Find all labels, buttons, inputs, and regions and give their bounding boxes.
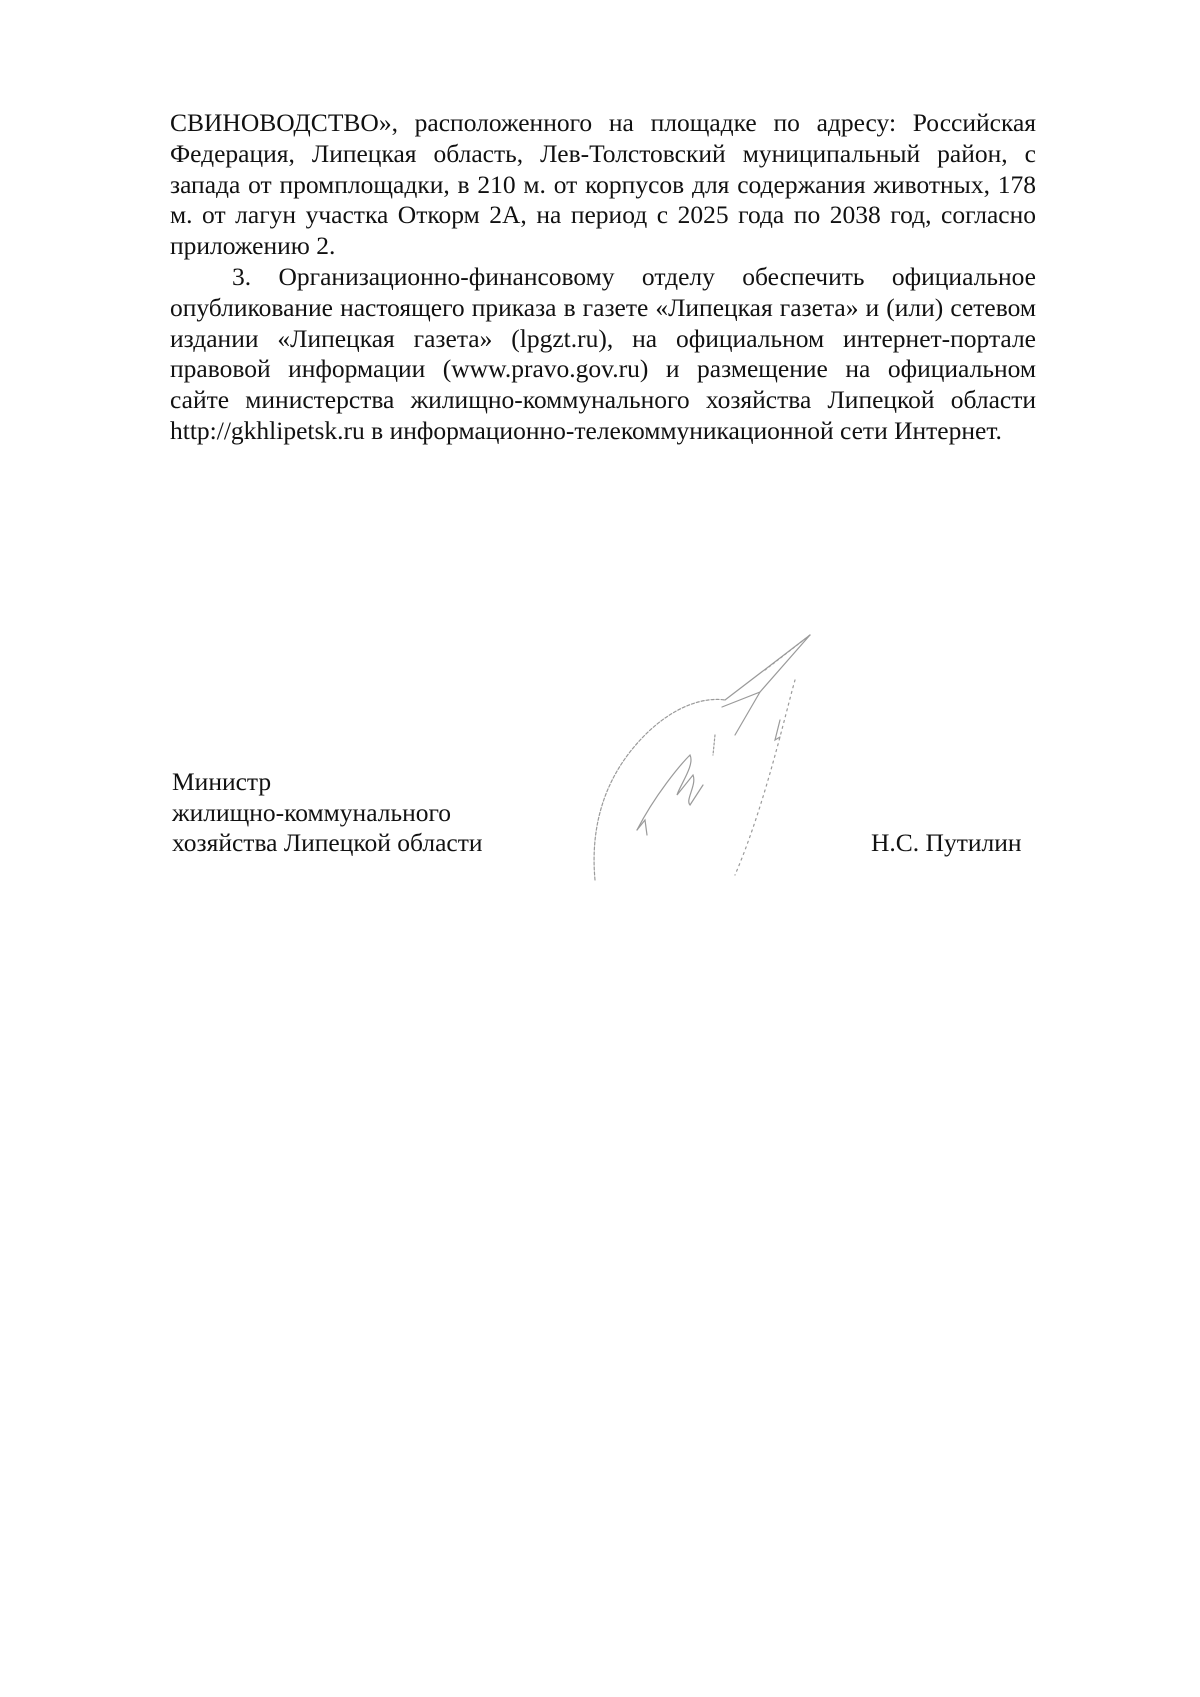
- text-line: запада от промплощадки, в 210 м. от корп…: [170, 170, 1036, 201]
- text-line: опубликование настоящего приказа в газет…: [170, 293, 1036, 324]
- text-line: сайте министерства жилищно-коммунального…: [170, 385, 1036, 416]
- text-line: издании «Липецкая газета» (lpgzt.ru), на…: [170, 324, 1036, 355]
- position-line: Министр: [172, 767, 483, 798]
- paragraph-continuation: СВИНОВОДСТВО», расположенного на площадк…: [170, 108, 1036, 262]
- text-line: Федерация, Липецкая область, Лев-Толстов…: [170, 139, 1036, 170]
- paragraph-3: 3. Организационно-финансовому отделу обе…: [170, 262, 1036, 447]
- text-line: СВИНОВОДСТВО», расположенного на площадк…: [170, 108, 1036, 139]
- text-line: правовой информации (www.pravo.gov.ru) и…: [170, 354, 1036, 385]
- signatory-name: Н.С. Путилин: [871, 828, 1022, 858]
- text-line: м. от лагун участка Откорм 2А, на период…: [170, 200, 1036, 231]
- text-line: http://gkhlipetsk.ru в информационно-тел…: [170, 416, 1036, 447]
- text-line: 3. Организационно-финансовому отделу обе…: [170, 262, 1036, 293]
- position-line: хозяйства Липецкой области: [172, 828, 483, 859]
- handwritten-signature-icon: [585, 625, 825, 895]
- text-line: приложению 2.: [170, 231, 1036, 262]
- document-page: СВИНОВОДСТВО», расположенного на площадк…: [0, 0, 1200, 1697]
- position-line: жилищно-коммунального: [172, 798, 483, 829]
- signatory-position: Министр жилищно-коммунального хозяйства …: [172, 767, 483, 859]
